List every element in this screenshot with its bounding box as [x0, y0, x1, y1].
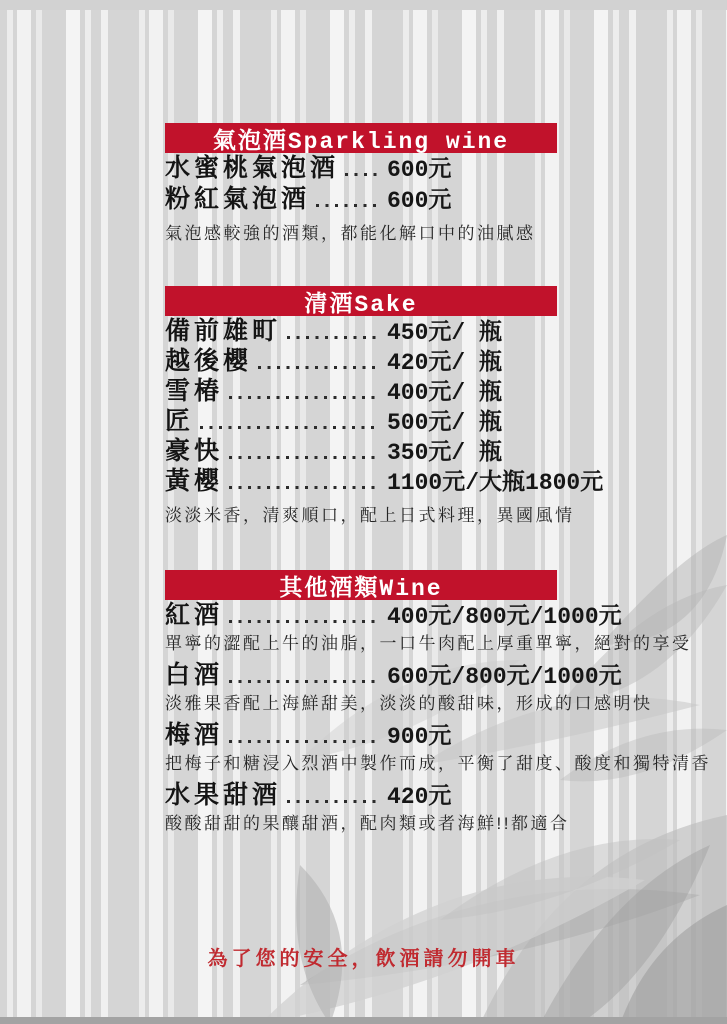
- dotted-leader: [229, 680, 377, 683]
- menu-item-row: 梅酒 900元: [165, 720, 610, 750]
- item-price: 600元/800元/1000元: [387, 662, 622, 692]
- dotted-leader: [229, 456, 377, 459]
- item-note: 把梅子和糖浸入烈酒中製作而成，平衡了甜度、酸度和獨特清香: [165, 750, 610, 780]
- item-name-group: 黃櫻: [165, 466, 387, 496]
- menu-item-row: 紅酒 400元/800元/1000元: [165, 600, 610, 630]
- item-name-group: 水蜜桃氣泡酒: [165, 153, 387, 183]
- dotted-leader: [287, 800, 377, 803]
- dotted-leader: [345, 173, 377, 176]
- item-name: 水果甜酒: [165, 780, 281, 810]
- item-name: 水蜜桃氣泡酒: [165, 153, 339, 183]
- section-banner-sparkling: 氣泡酒Sparkling wine: [165, 123, 557, 153]
- item-name: 黃櫻: [165, 466, 223, 496]
- item-note: 單寧的澀配上牛的油脂，一口牛肉配上厚重單寧，絕對的享受: [165, 630, 610, 660]
- section-banner-sake: 清酒Sake: [165, 286, 557, 316]
- menu-item-row: 水蜜桃氣泡酒 600元: [165, 153, 610, 184]
- section-other-wine: 其他酒類Wine 紅酒 400元/800元/1000元 單寧的澀配上牛的油脂，一…: [165, 570, 610, 840]
- dotted-leader: [229, 396, 377, 399]
- dotted-leader: [316, 204, 377, 207]
- item-price: 500元/ 瓶: [387, 408, 502, 438]
- item-name-group: 白酒: [165, 660, 387, 690]
- item-price: 1100元/大瓶1800元: [387, 468, 603, 498]
- item-price: 900元: [387, 722, 451, 752]
- section-title: 清酒Sake: [304, 285, 417, 318]
- dotted-leader: [200, 426, 377, 429]
- dotted-leader: [229, 486, 377, 489]
- section-note: 氣泡感較強的酒類，都能化解口中的油膩感: [165, 220, 610, 250]
- dotted-leader: [258, 366, 377, 369]
- item-name-group: 粉紅氣泡酒: [165, 184, 387, 214]
- item-name: 越後櫻: [165, 346, 252, 376]
- item-name: 白酒: [165, 660, 223, 690]
- section-note: 淡淡米香，清爽順口，配上日式料理，異國風情: [165, 502, 610, 532]
- item-name-group: 梅酒: [165, 720, 387, 750]
- item-name: 梅酒: [165, 720, 223, 750]
- item-price: 420元/ 瓶: [387, 348, 502, 378]
- bottom-border-band: [0, 1017, 727, 1024]
- item-price: 400元/800元/1000元: [387, 602, 622, 632]
- item-price: 400元/ 瓶: [387, 378, 502, 408]
- item-price: 420元: [387, 782, 451, 812]
- item-price: 600元: [387, 155, 451, 185]
- menu-item-row: 雪椿 400元/ 瓶: [165, 376, 610, 406]
- item-name: 雪椿: [165, 376, 223, 406]
- item-name-group: 備前雄町: [165, 316, 387, 346]
- item-name-group: 豪快: [165, 436, 387, 466]
- item-note: 淡雅果香配上海鮮甜美，淡淡的酸甜味，形成的口感明快: [165, 690, 610, 720]
- item-name: 粉紅氣泡酒: [165, 184, 310, 214]
- top-border-band: [0, 0, 727, 10]
- menu-item-row: 越後櫻 420元/ 瓶: [165, 346, 610, 376]
- safety-warning: 為了您的安全，飲酒請勿開車: [0, 942, 727, 971]
- menu-item-row: 備前雄町 450元/ 瓶: [165, 316, 610, 346]
- item-name: 備前雄町: [165, 316, 281, 346]
- item-name-group: 匠: [165, 406, 387, 436]
- section-sparkling-wine: 氣泡酒Sparkling wine 水蜜桃氣泡酒 600元 粉紅氣泡酒 600元…: [165, 123, 610, 250]
- item-name: 紅酒: [165, 600, 223, 630]
- section-banner-wine: 其他酒類Wine: [165, 570, 557, 600]
- dotted-leader: [287, 336, 377, 339]
- item-price: 450元/ 瓶: [387, 318, 502, 348]
- item-name-group: 雪椿: [165, 376, 387, 406]
- item-name-group: 越後櫻: [165, 346, 387, 376]
- section-title: 其他酒類Wine: [279, 569, 442, 602]
- item-name-group: 水果甜酒: [165, 780, 387, 810]
- menu-item-row: 豪快 350元/ 瓶: [165, 436, 610, 466]
- item-name-group: 紅酒: [165, 600, 387, 630]
- dotted-leader: [229, 740, 377, 743]
- menu-item-row: 水果甜酒 420元: [165, 780, 610, 810]
- menu-item-row: 匠 500元/ 瓶: [165, 406, 610, 436]
- item-note: 酸酸甜甜的果釀甜酒，配肉類或者海鮮!!都適合: [165, 810, 610, 840]
- item-name: 匠: [165, 406, 194, 436]
- item-price: 350元/ 瓶: [387, 438, 502, 468]
- menu-item-row: 粉紅氣泡酒 600元: [165, 184, 610, 215]
- dotted-leader: [229, 620, 377, 623]
- menu-item-row: 白酒 600元/800元/1000元: [165, 660, 610, 690]
- menu-item-row: 黃櫻 1100元/大瓶1800元: [165, 466, 610, 496]
- section-sake: 清酒Sake 備前雄町 450元/ 瓶 越後櫻 420元/ 瓶 雪椿 400元/…: [165, 286, 610, 532]
- item-name: 豪快: [165, 436, 223, 466]
- item-price: 600元: [387, 186, 451, 216]
- drink-menu-page: 氣泡酒Sparkling wine 水蜜桃氣泡酒 600元 粉紅氣泡酒 600元…: [0, 0, 727, 1024]
- section-title: 氣泡酒Sparkling wine: [213, 122, 509, 155]
